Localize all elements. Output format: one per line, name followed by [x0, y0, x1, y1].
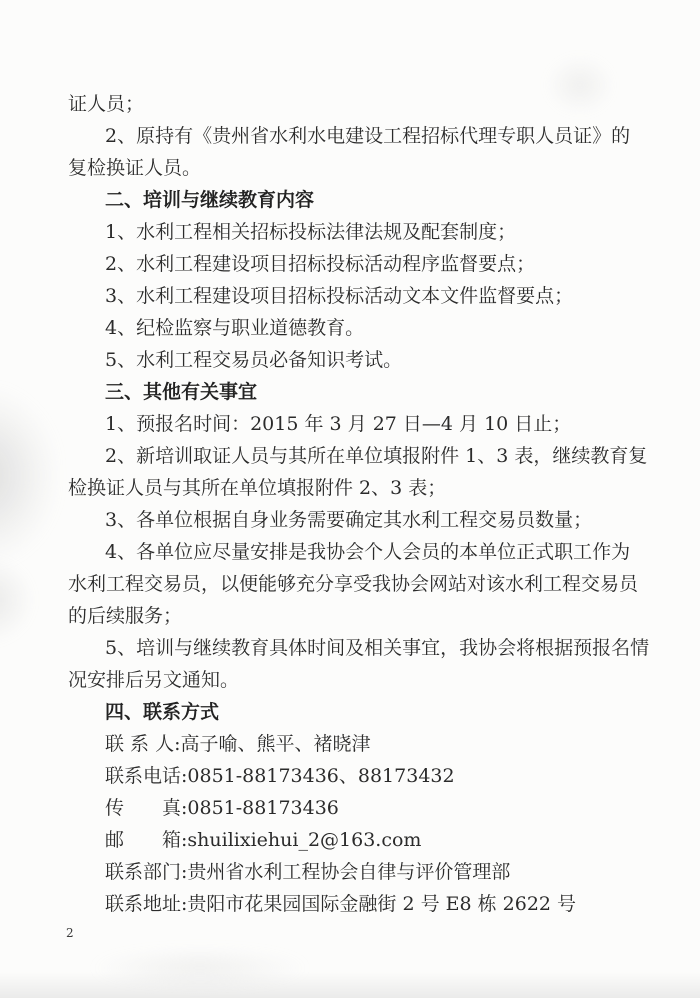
text-line: 3、水利工程建设项目招标投标活动文本文件监督要点；: [68, 280, 658, 312]
text-line: 检换证人员与其所在单位填报附件 2、3 表；: [68, 472, 658, 504]
text-line: 4、各单位应尽量安排是我协会个人会员的本单位正式职工作为: [68, 536, 658, 568]
text-line: 2、原持有《贵州省水利水电建设工程招标代理专职人员证》的: [68, 120, 658, 152]
scan-smudge-bottom-left: [90, 948, 310, 988]
scan-smudge-left-lower: [0, 555, 35, 645]
text-line: 1、水利工程相关招标投标法律法规及配套制度；: [68, 216, 658, 248]
text-line: 联 系 人:高子喻、熊平、褚晓津: [68, 728, 658, 760]
scanned-document-page: { "page": { "number": "2" }, "document":…: [0, 0, 700, 998]
text-line: 联系地址:贵阳市花果园国际金融街 2 号 E8 栋 2622 号: [68, 888, 658, 920]
section-heading: 三、其他有关事宜: [68, 376, 658, 408]
text-line: 4、纪检监察与职业道德教育。: [68, 312, 658, 344]
text-line: 传 真:0851-88173436: [68, 792, 658, 824]
text-line: 联系电话:0851-88173436、88173432: [68, 760, 658, 792]
text-line: 2、新培训取证人员与其所在单位填报附件 1、3 表，继续教育复: [68, 440, 658, 472]
text-line: 1、预报名时间：2015 年 3 月 27 日—4 月 10 日止；: [68, 408, 658, 440]
section-heading: 四、联系方式: [68, 696, 658, 728]
text-line: 联系部门:贵州省水利工程协会自律与评价管理部: [68, 856, 658, 888]
document-lines: 证人员；2、原持有《贵州省水利水电建设工程招标代理专职人员证》的复检换证人员。二…: [68, 88, 658, 920]
text-line: 复检换证人员。: [68, 152, 658, 184]
text-line: 5、水利工程交易员必备知识考试。: [68, 344, 658, 376]
scan-smudge-bottom: [0, 972, 700, 998]
section-heading: 二、培训与继续教育内容: [68, 184, 658, 216]
text-line: 证人员；: [68, 88, 658, 120]
text-line: 况安排后另文通知。: [68, 664, 658, 696]
text-line: 的后续服务；: [68, 600, 658, 632]
text-line: 邮 箱:shuilixiehui_2@163.com: [68, 824, 658, 856]
scan-smudge-left: [0, 388, 57, 563]
text-line: 5、培训与继续教育具体时间及相关事宜，我协会将根据预报名情: [68, 632, 658, 664]
text-line: 3、各单位根据自身业务需要确定其水利工程交易员数量；: [68, 504, 658, 536]
page-number: 2: [66, 926, 74, 940]
text-line: 2、水利工程建设项目招标投标活动程序监督要点；: [68, 248, 658, 280]
text-line: 水利工程交易员，以便能够充分享受我协会网站对该水利工程交易员: [68, 568, 658, 600]
